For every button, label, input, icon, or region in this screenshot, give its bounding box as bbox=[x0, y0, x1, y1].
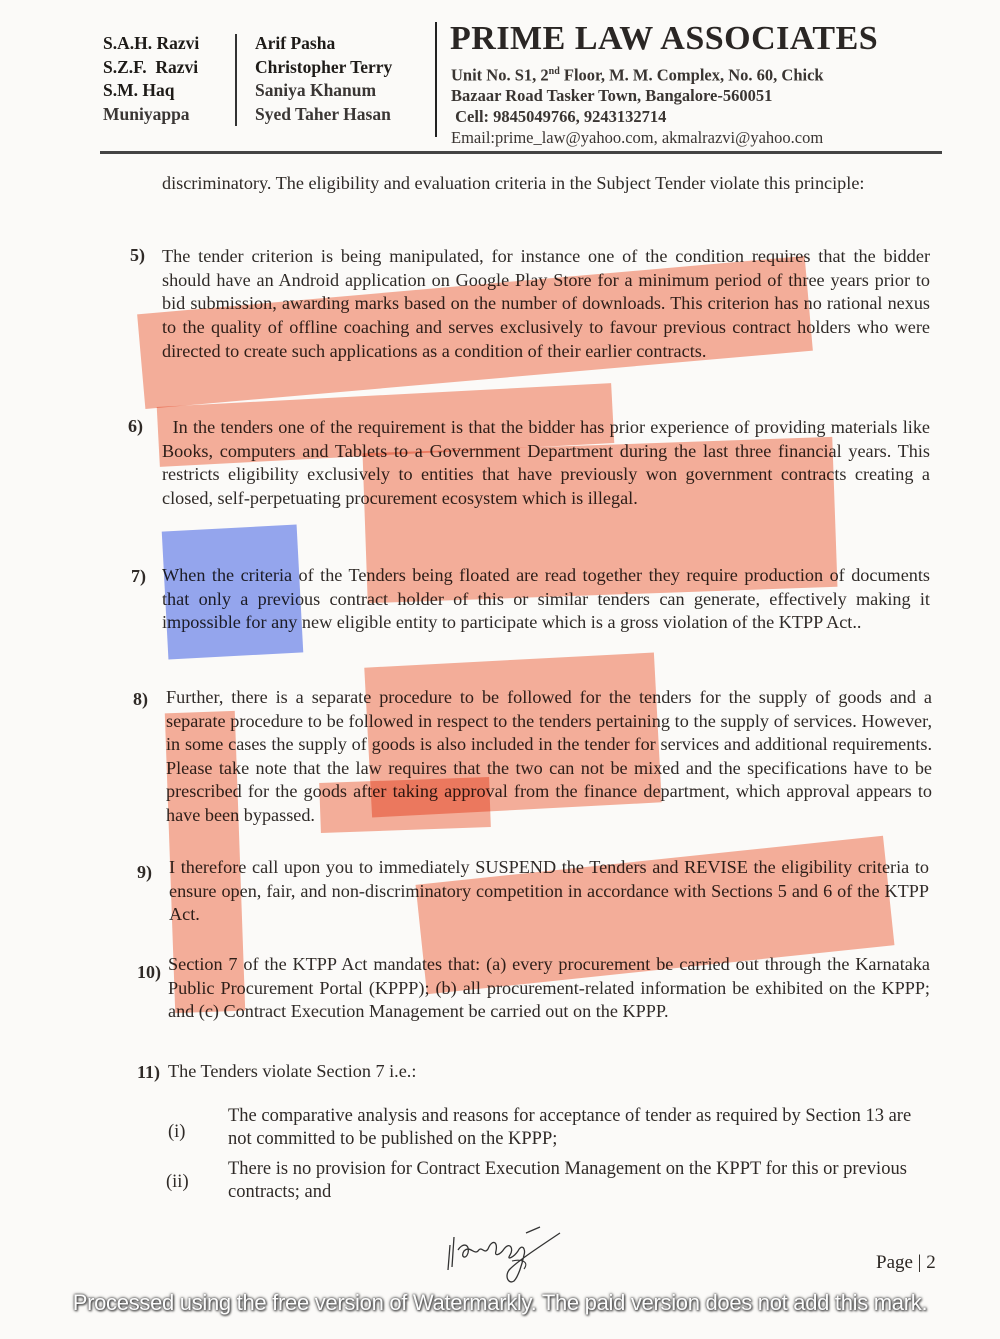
signature-image bbox=[440, 1215, 580, 1285]
subitem-number: (i) bbox=[168, 1122, 185, 1143]
partner-name: S.Z.F. Razvi bbox=[103, 56, 199, 80]
divider-vertical bbox=[235, 34, 237, 126]
subitem-paragraph: The comparative analysis and reasons for… bbox=[228, 1105, 933, 1151]
address-text: Floor, M. M. Complex, No. 60, Chick bbox=[560, 66, 824, 85]
item-number: 8) bbox=[133, 689, 148, 710]
partner-name: S.A.H. Razvi bbox=[103, 32, 199, 56]
partner-name: Muniyappa bbox=[103, 103, 199, 127]
item-number: 9) bbox=[137, 862, 152, 883]
item-number: 10) bbox=[137, 962, 161, 983]
item-paragraph: When the criteria of the Tenders being f… bbox=[162, 564, 930, 635]
partners-column-1: S.A.H. Razvi S.Z.F. Razvi S.M. Haq Muniy… bbox=[103, 32, 199, 126]
partner-name: Saniya Khanum bbox=[255, 79, 392, 103]
cell-numbers: Cell: 9845049766, 9243132714 bbox=[451, 107, 824, 128]
partner-name: Arif Pasha bbox=[255, 32, 392, 56]
item-number: 5) bbox=[130, 245, 145, 266]
firm-name-text: PRIME LAW ASSOCIATES bbox=[450, 20, 878, 57]
subitem-number: (ii) bbox=[166, 1172, 189, 1193]
item-number: 11) bbox=[137, 1062, 160, 1083]
partner-name: S.M. Haq bbox=[103, 79, 199, 103]
partner-name: Christopher Terry bbox=[255, 56, 392, 80]
address-line-1: Unit No. S1, 2nd Floor, M. M. Complex, N… bbox=[451, 62, 824, 86]
item-paragraph: The tender criterion is being manipulate… bbox=[162, 245, 930, 364]
divider-vertical bbox=[435, 22, 437, 137]
email-addresses: Email:prime_law@yahoo.com, akmalrazvi@ya… bbox=[451, 128, 823, 148]
partners-column-2: Arif Pasha Christopher Terry Saniya Khan… bbox=[255, 32, 392, 126]
firm-address: Unit No. S1, 2nd Floor, M. M. Complex, N… bbox=[451, 62, 824, 127]
address-sup: nd bbox=[549, 66, 560, 77]
page-number: Page | 2 bbox=[876, 1252, 936, 1274]
intro-paragraph: discriminatory. The eligibility and eval… bbox=[162, 172, 930, 196]
header-rule bbox=[100, 151, 942, 154]
item-paragraph: In the tenders one of the requirement is… bbox=[162, 416, 930, 511]
subitem-paragraph: There is no provision for Contract Execu… bbox=[228, 1158, 933, 1204]
address-line-2: Bazaar Road Tasker Town, Bangalore-56005… bbox=[451, 86, 824, 107]
item-paragraph: I therefore call upon you to immediately… bbox=[169, 856, 929, 927]
item-number: 6) bbox=[128, 416, 143, 437]
watermark-text: Processed using the free version of Wate… bbox=[0, 1290, 1000, 1316]
address-text: Unit No. S1, 2 bbox=[451, 66, 549, 85]
item-paragraph: Section 7 of the KTPP Act mandates that:… bbox=[168, 953, 930, 1024]
item-paragraph: Further, there is a separate procedure t… bbox=[166, 686, 932, 827]
partner-name: Syed Taher Hasan bbox=[255, 103, 392, 127]
item-number: 7) bbox=[131, 566, 146, 587]
item-paragraph: The Tenders violate Section 7 i.e.: bbox=[168, 1060, 936, 1084]
firm-name: PRIME LAW ASSOCIATES bbox=[450, 20, 878, 58]
